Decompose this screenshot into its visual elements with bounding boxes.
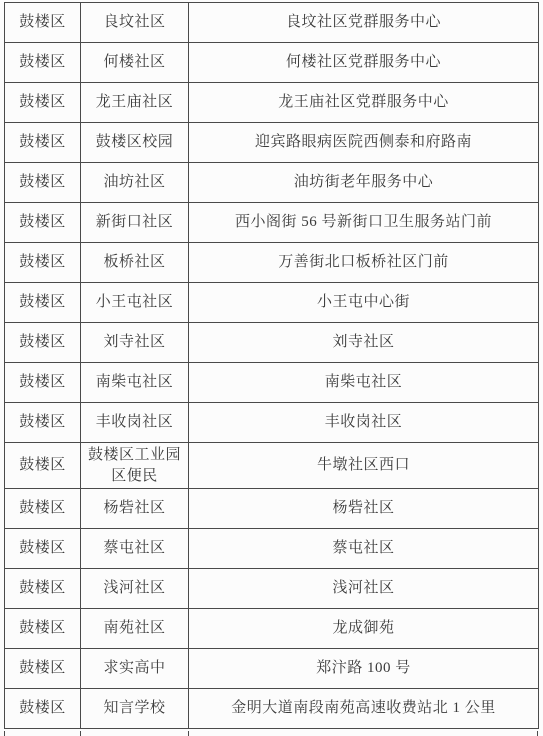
district-cell: 鼓楼区	[5, 323, 81, 363]
cropped-next-row	[4, 731, 538, 736]
district-cell: 鼓楼区	[5, 403, 81, 443]
location-cell: 刘寺社区	[189, 323, 539, 363]
location-cell: 良坟社区党群服务中心	[189, 3, 539, 43]
community-service-table: 鼓楼区良坟社区良坟社区党群服务中心鼓楼区何楼社区何楼社区党群服务中心鼓楼区龙王庙…	[4, 2, 539, 729]
community-cell: 南柴屯社区	[81, 363, 189, 403]
table-row: 鼓楼区板桥社区万善街北口板桥社区门前	[5, 243, 539, 283]
district-cell: 鼓楼区	[5, 489, 81, 529]
location-cell: 蔡屯社区	[189, 529, 539, 569]
location-cell: 龙成御苑	[189, 609, 539, 649]
location-cell: 万善街北口板桥社区门前	[189, 243, 539, 283]
community-cell: 知言学校	[81, 689, 189, 729]
table-row: 鼓楼区蔡屯社区蔡屯社区	[5, 529, 539, 569]
district-cell: 鼓楼区	[5, 443, 81, 489]
table-grid-line	[537, 731, 538, 736]
table-grid-line	[4, 731, 5, 736]
table-row: 鼓楼区南柴屯社区南柴屯社区	[5, 363, 539, 403]
location-cell: 浅河社区	[189, 569, 539, 609]
table-row: 鼓楼区新街口社区西小阁街 56 号新街口卫生服务站门前	[5, 203, 539, 243]
district-cell: 鼓楼区	[5, 649, 81, 689]
location-cell: 丰收岗社区	[189, 403, 539, 443]
table-row: 鼓楼区小王屯社区小王屯中心街	[5, 283, 539, 323]
table-row: 鼓楼区杨砦社区杨砦社区	[5, 489, 539, 529]
community-cell: 刘寺社区	[81, 323, 189, 363]
location-cell: 油坊街老年服务中心	[189, 163, 539, 203]
table-row: 鼓楼区良坟社区良坟社区党群服务中心	[5, 3, 539, 43]
page: 鼓楼区良坟社区良坟社区党群服务中心鼓楼区何楼社区何楼社区党群服务中心鼓楼区龙王庙…	[0, 0, 543, 736]
community-cell: 鼓楼区校园	[81, 123, 189, 163]
district-cell: 鼓楼区	[5, 283, 81, 323]
community-cell: 南苑社区	[81, 609, 189, 649]
location-cell: 牛墩社区西口	[189, 443, 539, 489]
location-cell: 迎宾路眼病医院西侧泰和府路南	[189, 123, 539, 163]
community-cell: 小王屯社区	[81, 283, 189, 323]
table-body: 鼓楼区良坟社区良坟社区党群服务中心鼓楼区何楼社区何楼社区党群服务中心鼓楼区龙王庙…	[5, 3, 539, 729]
district-cell: 鼓楼区	[5, 689, 81, 729]
district-cell: 鼓楼区	[5, 123, 81, 163]
community-cell: 龙王庙社区	[81, 83, 189, 123]
table-row: 鼓楼区刘寺社区刘寺社区	[5, 323, 539, 363]
table-row: 鼓楼区求实高中郑汴路 100 号	[5, 649, 539, 689]
community-cell: 新街口社区	[81, 203, 189, 243]
community-cell: 求实高中	[81, 649, 189, 689]
district-cell: 鼓楼区	[5, 163, 81, 203]
district-cell: 鼓楼区	[5, 203, 81, 243]
community-cell: 鼓楼区工业园区便民	[81, 443, 189, 489]
community-cell: 丰收岗社区	[81, 403, 189, 443]
community-cell: 浅河社区	[81, 569, 189, 609]
table-row: 鼓楼区丰收岗社区丰收岗社区	[5, 403, 539, 443]
location-cell: 龙王庙社区党群服务中心	[189, 83, 539, 123]
table-row: 鼓楼区知言学校金明大道南段南苑高速收费站北 1 公里	[5, 689, 539, 729]
community-cell: 板桥社区	[81, 243, 189, 283]
district-cell: 鼓楼区	[5, 243, 81, 283]
table-row: 鼓楼区鼓楼区工业园区便民牛墩社区西口	[5, 443, 539, 489]
community-cell: 杨砦社区	[81, 489, 189, 529]
table-row: 鼓楼区浅河社区浅河社区	[5, 569, 539, 609]
location-cell: 南柴屯社区	[189, 363, 539, 403]
table-row: 鼓楼区鼓楼区校园迎宾路眼病医院西侧泰和府路南	[5, 123, 539, 163]
district-cell: 鼓楼区	[5, 363, 81, 403]
table-row: 鼓楼区何楼社区何楼社区党群服务中心	[5, 43, 539, 83]
location-cell: 西小阁街 56 号新街口卫生服务站门前	[189, 203, 539, 243]
location-cell: 杨砦社区	[189, 489, 539, 529]
district-cell: 鼓楼区	[5, 529, 81, 569]
location-cell: 郑汴路 100 号	[189, 649, 539, 689]
table-grid-line	[188, 731, 189, 736]
district-cell: 鼓楼区	[5, 3, 81, 43]
location-cell: 何楼社区党群服务中心	[189, 43, 539, 83]
community-cell: 良坟社区	[81, 3, 189, 43]
community-cell: 蔡屯社区	[81, 529, 189, 569]
community-cell: 油坊社区	[81, 163, 189, 203]
table-row: 鼓楼区油坊社区油坊街老年服务中心	[5, 163, 539, 203]
table-grid-line	[80, 731, 81, 736]
district-cell: 鼓楼区	[5, 43, 81, 83]
table-row: 鼓楼区龙王庙社区龙王庙社区党群服务中心	[5, 83, 539, 123]
table-row: 鼓楼区南苑社区龙成御苑	[5, 609, 539, 649]
district-cell: 鼓楼区	[5, 83, 81, 123]
community-cell: 何楼社区	[81, 43, 189, 83]
district-cell: 鼓楼区	[5, 609, 81, 649]
district-cell: 鼓楼区	[5, 569, 81, 609]
location-cell: 小王屯中心街	[189, 283, 539, 323]
location-cell: 金明大道南段南苑高速收费站北 1 公里	[189, 689, 539, 729]
